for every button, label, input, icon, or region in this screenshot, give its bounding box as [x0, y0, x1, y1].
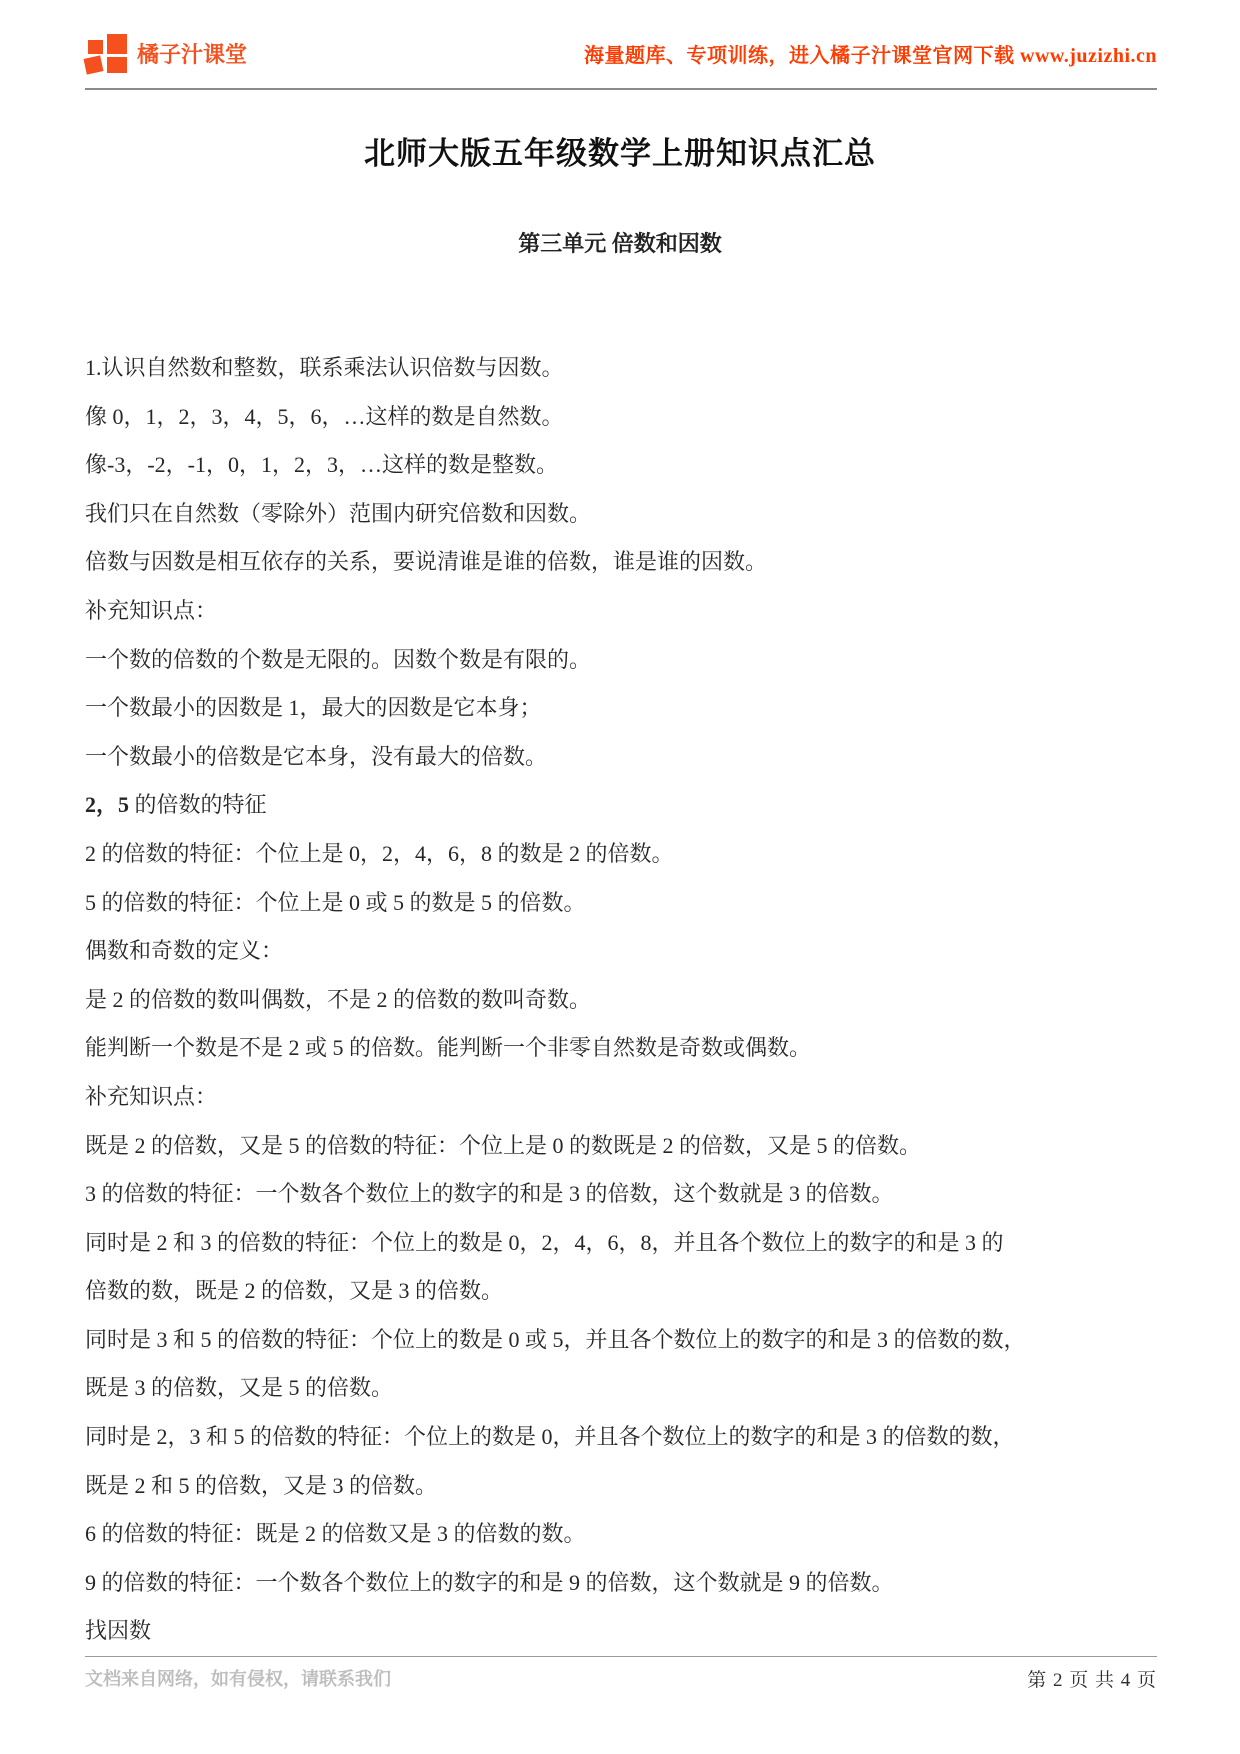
- text-line: 既是 2 的倍数，又是 5 的倍数的特征：个位上是 0 的数既是 2 的倍数，又…: [85, 1122, 1155, 1171]
- page-title: 北师大版五年级数学上册知识点汇总: [0, 128, 1240, 173]
- text-line: 倍数的数，既是 2 的倍数，又是 3 的倍数。: [85, 1267, 1155, 1316]
- text-line: 能判断一个数是不是 2 或 5 的倍数。能判断一个非零自然数是奇数或偶数。: [85, 1024, 1155, 1073]
- text-line: 一个数的倍数的个数是无限的。因数个数是有限的。: [85, 636, 1155, 685]
- juice-logo-icon: [85, 31, 131, 75]
- text-line: 既是 2 和 5 的倍数，又是 3 的倍数。: [85, 1462, 1155, 1511]
- bold-number-prefix: 2，5: [85, 792, 129, 817]
- text-line: 一个数最小的因数是 1，最大的因数是它本身；: [85, 684, 1155, 733]
- page-number-label: 第 2 页 共 4 页: [1027, 1665, 1157, 1692]
- text-line: 一个数最小的倍数是它本身，没有最大的倍数。: [85, 733, 1155, 782]
- text-line: 像 0，1，2，3，4，5，6，…这样的数是自然数。: [85, 393, 1155, 442]
- brand-logo: 橘子汁课堂: [85, 31, 247, 75]
- text-line: 是 2 的倍数的数叫偶数，不是 2 的倍数的数叫奇数。: [85, 976, 1155, 1025]
- document-page: 橘子汁课堂 海量题库、专项训练，进入橘子汁课堂官网下载 www.juzizhi.…: [0, 0, 1240, 1754]
- unit-subtitle: 第三单元 倍数和因数: [0, 227, 1240, 258]
- brand-name: 橘子汁课堂: [137, 38, 247, 69]
- text-line: 6 的倍数的特征：既是 2 的倍数又是 3 的倍数的数。: [85, 1510, 1155, 1559]
- text-line: 5 的倍数的特征：个位上是 0 或 5 的数是 5 的倍数。: [85, 879, 1155, 928]
- text-line: 2，5 的倍数的特征: [85, 781, 1155, 830]
- text-line: 9 的倍数的特征：一个数各个数位上的数字的和是 9 的倍数，这个数就是 9 的倍…: [85, 1559, 1155, 1608]
- footer-disclaimer: 文档来自网络，如有侵权，请联系我们: [85, 1665, 391, 1691]
- text-line: 同时是 2 和 3 的倍数的特征：个位上的数是 0，2，4，6，8，并且各个数位…: [85, 1219, 1155, 1268]
- text-line: 2 的倍数的特征：个位上是 0，2，4，6，8 的数是 2 的倍数。: [85, 830, 1155, 879]
- text-line: 偶数和奇数的定义：: [85, 927, 1155, 976]
- text-line: 找因数: [85, 1607, 1155, 1656]
- logo-square: [88, 40, 103, 54]
- page-footer: 文档来自网络，如有侵权，请联系我们 第 2 页 共 4 页: [85, 1663, 1157, 1693]
- logo-square: [84, 55, 104, 74]
- text-line: 同时是 3 和 5 的倍数的特征：个位上的数是 0 或 5，并且各个数位上的数字…: [85, 1316, 1155, 1365]
- text-line: 我们只在自然数（零除外）范围内研究倍数和因数。: [85, 490, 1155, 539]
- text-line: 同时是 2，3 和 5 的倍数的特征：个位上的数是 0，并且各个数位上的数字的和…: [85, 1413, 1155, 1462]
- logo-square: [107, 57, 127, 73]
- logo-square: [107, 34, 127, 54]
- text-line: 补充知识点：: [85, 1073, 1155, 1122]
- text-line: 像-3，-2，-1，0，1，2，3，…这样的数是整数。: [85, 441, 1155, 490]
- text-line: 补充知识点：: [85, 587, 1155, 636]
- header-divider: [85, 88, 1157, 90]
- text-line: 倍数与因数是相互依存的关系，要说清谁是谁的倍数，谁是谁的因数。: [85, 538, 1155, 587]
- document-body: 1.认识自然数和整数，联系乘法认识倍数与因数。像 0，1，2，3，4，5，6，……: [85, 344, 1155, 1656]
- text-line: 3 的倍数的特征：一个数各个数位上的数字的和是 3 的倍数，这个数就是 3 的倍…: [85, 1170, 1155, 1219]
- page-header: 橘子汁课堂 海量题库、专项训练，进入橘子汁课堂官网下载 www.juzizhi.…: [85, 28, 1157, 78]
- header-promo-text: 海量题库、专项训练，进入橘子汁课堂官网下载 www.juzizhi.cn: [584, 39, 1157, 68]
- footer-divider: [85, 1656, 1157, 1657]
- text-line: 1.认识自然数和整数，联系乘法认识倍数与因数。: [85, 344, 1155, 393]
- text-line: 既是 3 的倍数，又是 5 的倍数。: [85, 1364, 1155, 1413]
